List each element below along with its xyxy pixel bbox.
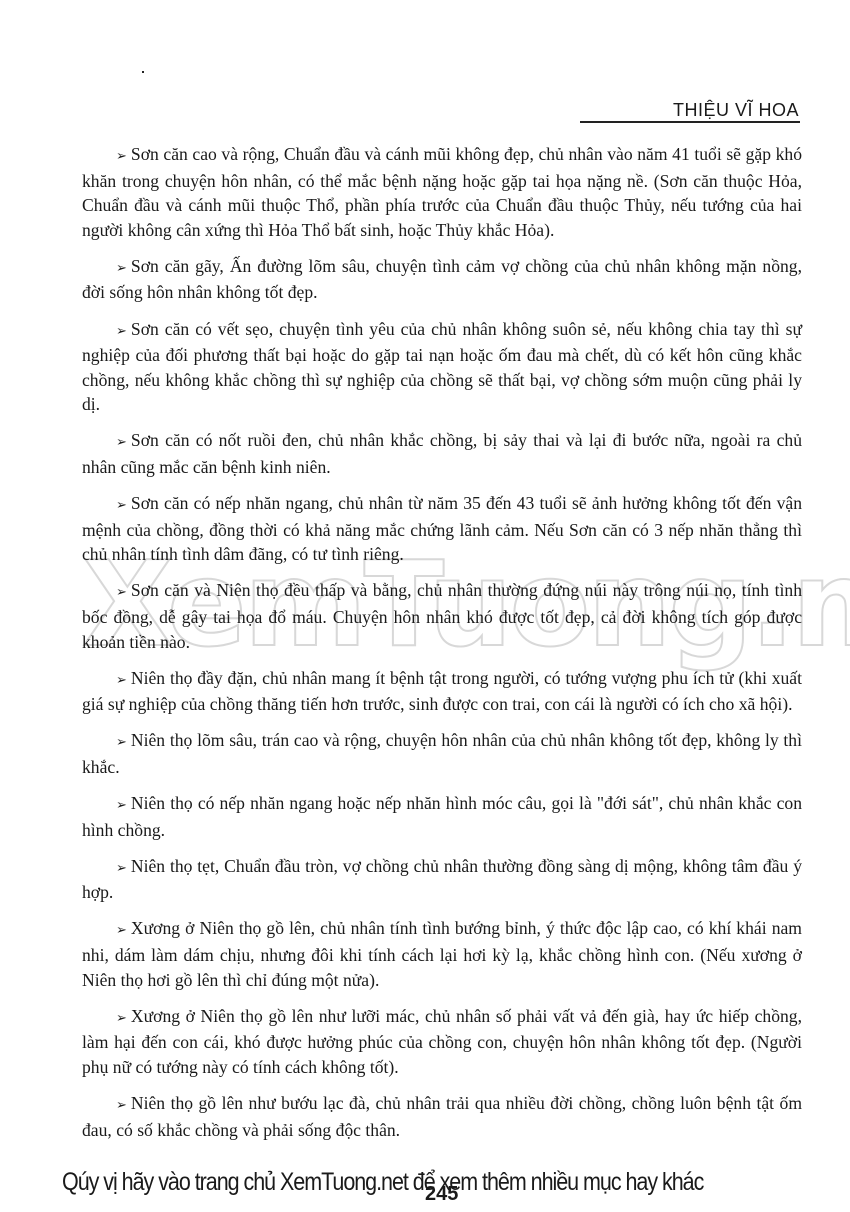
paragraph: ➢Sơn căn cao và rộng, Chuẩn đầu và cánh … (82, 142, 802, 242)
arrow-bullet-icon: ➢ (116, 148, 127, 163)
arrow-bullet-icon: ➢ (116, 497, 127, 512)
book-page: THIỆU VĨ HOA XemTuong.net ➢Sơn căn cao v… (0, 0, 850, 1212)
paragraph: ➢Niên thọ có nếp nhăn ngang hoặc nếp nhă… (82, 791, 802, 842)
scan-speck (142, 71, 144, 73)
arrow-bullet-icon: ➢ (116, 584, 127, 599)
paragraph: ➢Niên thọ lõm sâu, trán cao và rộng, chu… (82, 728, 802, 779)
paragraph: ➢Sơn căn gãy, Ấn đường lõm sâu, chuyện t… (82, 254, 802, 305)
page-number: 245 (425, 1183, 458, 1206)
arrow-bullet-icon: ➢ (116, 734, 127, 749)
paragraph: ➢Sơn căn có nốt ruồi đen, chủ nhân khắc … (82, 428, 802, 479)
paragraph: ➢Niên thọ tẹt, Chuẩn đầu tròn, vợ chồng … (82, 854, 802, 905)
paragraph: ➢Sơn căn có vết sẹo, chuyện tình yêu của… (82, 317, 802, 417)
arrow-bullet-icon: ➢ (116, 260, 127, 275)
arrow-bullet-icon: ➢ (116, 323, 127, 338)
body-text: ➢Sơn căn cao và rộng, Chuẩn đầu và cánh … (82, 142, 802, 1154)
arrow-bullet-icon: ➢ (116, 434, 127, 449)
arrow-bullet-icon: ➢ (116, 1097, 127, 1112)
arrow-bullet-icon: ➢ (116, 860, 127, 875)
promo-banner-link[interactable]: Qúy vị hãy vào trang chủ XemTuong.net để… (62, 1168, 703, 1197)
paragraph: ➢Niên thọ gồ lên như bướu lạc đà, chủ nh… (82, 1091, 802, 1142)
paragraph: ➢Sơn căn và Niên thọ đều thấp và bằng, c… (82, 578, 802, 654)
arrow-bullet-icon: ➢ (116, 672, 127, 687)
running-title: THIỆU VĨ HOA (673, 100, 799, 121)
arrow-bullet-icon: ➢ (116, 922, 127, 937)
arrow-bullet-icon: ➢ (116, 797, 127, 812)
header-rule (580, 121, 800, 123)
paragraph: ➢Sơn căn có nếp nhăn ngang, chủ nhân từ … (82, 491, 802, 567)
arrow-bullet-icon: ➢ (116, 1010, 127, 1025)
paragraph: ➢Xương ở Niên thọ gồ lên như lưỡi mác, c… (82, 1004, 802, 1080)
paragraph: ➢Niên thọ đầy đặn, chủ nhân mang ít bệnh… (82, 666, 802, 717)
paragraph: ➢Xương ở Niên thọ gồ lên, chủ nhân tính … (82, 916, 802, 992)
